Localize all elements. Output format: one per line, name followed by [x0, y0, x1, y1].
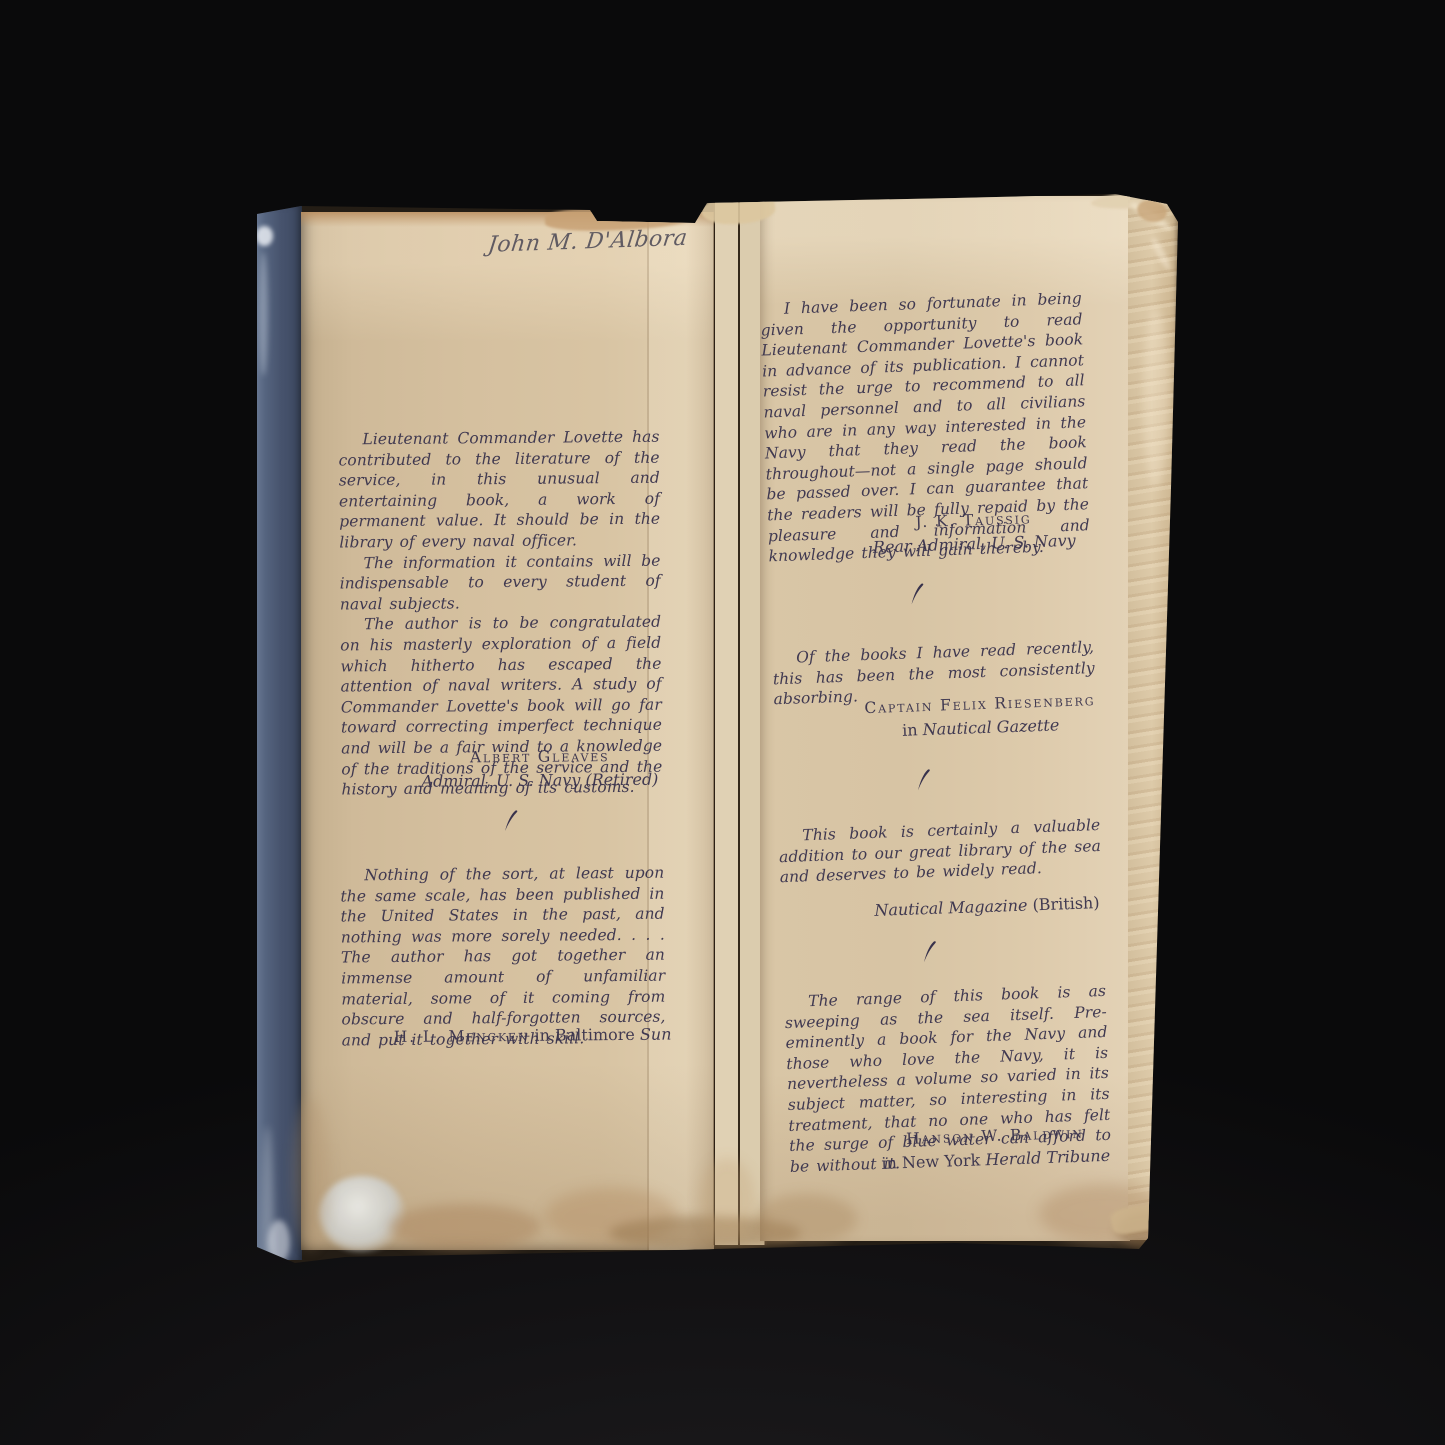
fleuron-icon [756, 578, 1079, 615]
attribution-source: in New York [881, 1150, 986, 1173]
attribution-source: (British) [1027, 893, 1100, 915]
attribution-source-italic: Herald Tribune [985, 1146, 1110, 1169]
attribution-mencken: H. L. Mencken in Baltimore Sun [371, 1022, 695, 1049]
mylar-glare [261, 1126, 274, 1396]
foxing-stain [389, 1204, 541, 1250]
foxing-stain [699, 1158, 755, 1240]
mylar-glare [256, 226, 273, 246]
fleuron-icon [768, 935, 1091, 972]
book-dust-jacket: John M. D'Albora Lieutenant Commander Lo… [255, 188, 1180, 1266]
mylar-glare [268, 1220, 290, 1264]
quote-paragraph: The information it contains will be indi… [339, 550, 661, 615]
mylar-glare [319, 1176, 405, 1252]
edge-highlight [1143, 308, 1169, 488]
foxing-stain [293, 1098, 329, 1250]
foxing-stain [755, 1194, 857, 1244]
fleuron-icon [762, 764, 1085, 801]
right-flap-text: I have been so fortunate in being given … [746, 190, 1152, 1247]
review-quote-nautical-magazine: This book is certainly a valuable additi… [778, 815, 1102, 888]
attribution-source-italic: Nautical Magazine [874, 896, 1028, 920]
attribution-riesenberg: Captain Felix Riesenberg in Nautical Gaz… [819, 687, 1142, 744]
attribution-nautical-magazine: Nautical Magazine (British) [826, 889, 1149, 923]
left-flap: John M. D'Albora Lieutenant Commander Lo… [301, 212, 714, 1250]
foxing-stain [1039, 1184, 1171, 1244]
quote-paragraph: Lieutenant Commander Lovette has contrib… [338, 427, 660, 553]
fleuron-icon [351, 809, 672, 838]
attribution-source-italic: Sun [640, 1025, 672, 1044]
quote-paragraph: This book is certainly a valuable additi… [778, 815, 1102, 888]
attribution-gleaves: Albert Gleaves Admiral, U. S. Navy (Reti… [379, 744, 700, 793]
mylar-glare [259, 252, 268, 376]
left-flap-text: John M. D'Albora Lieutenant Commander Lo… [296, 210, 718, 1252]
attribution-name: H. L. Mencken [394, 1027, 530, 1046]
right-flap: I have been so fortunate in being given … [760, 196, 1130, 1241]
attribution-name: Albert Gleaves [379, 744, 700, 770]
attribution-role: Admiral, U. S. Navy (Retired) [379, 767, 700, 793]
attribution-source-italic: Nautical Gazette [922, 715, 1059, 739]
photo-background: John M. D'Albora Lieutenant Commander Lo… [0, 0, 1445, 1445]
book-spine-edge [255, 206, 302, 1260]
attribution-baldwin: Hanson W. Baldwin in New York Herald Tri… [834, 1119, 1157, 1176]
attribution-source: in Baltimore [529, 1025, 640, 1045]
attribution-source: in [902, 720, 923, 740]
